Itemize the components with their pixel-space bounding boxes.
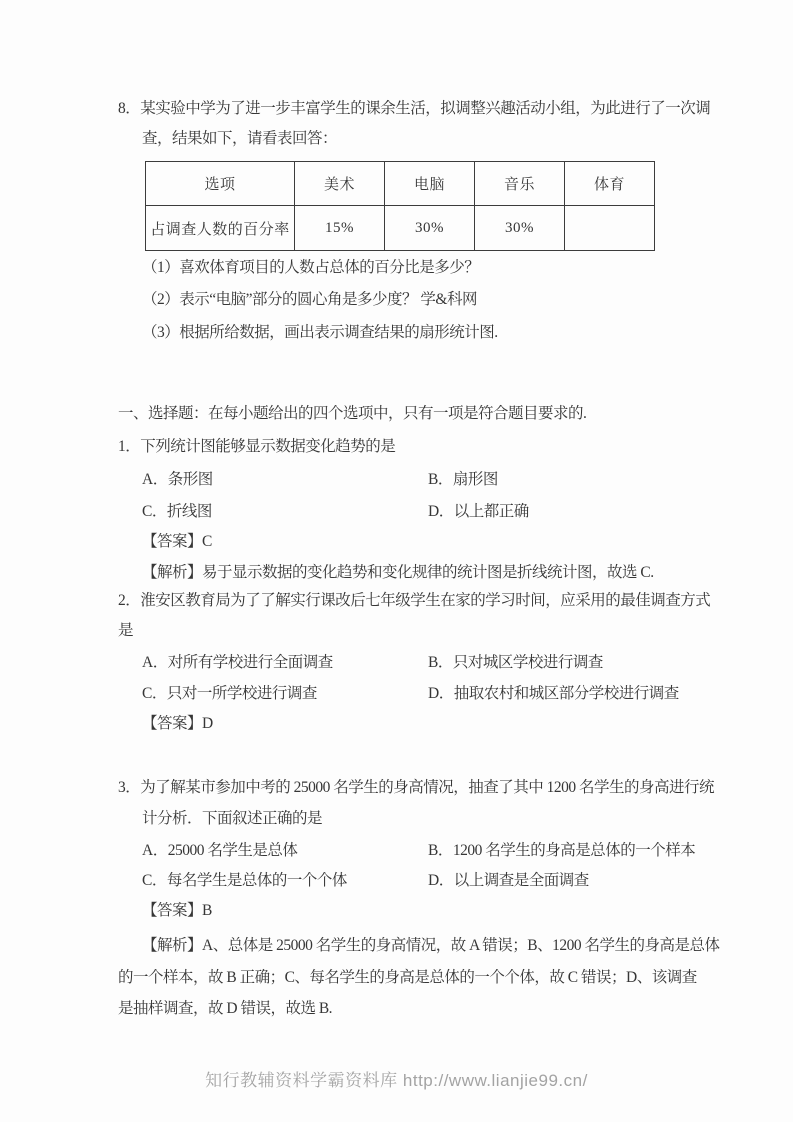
- table-value-art: 15%: [295, 206, 385, 251]
- question-1-option-b: B．扇形图: [428, 469, 498, 491]
- question-3-analysis-line-1: 【解析】A、总体是 25000 名学生的身高情况，故 A 错误；B、1200 名…: [142, 935, 720, 957]
- question-1-option-d: D．以上都正确: [428, 501, 529, 523]
- table-header-sports: 体育: [565, 162, 655, 206]
- survey-table: 选项 美术 电脑 音乐 体育 占调查人数的百分率 15% 30% 30%: [145, 161, 655, 251]
- question-2-option-d: D．抽取农村和城区部分学校进行调查: [428, 683, 679, 705]
- table-value-computer: 30%: [385, 206, 475, 251]
- table-header-row: 选项 美术 电脑 音乐 体育: [146, 162, 655, 206]
- table-value-sports-empty: [565, 206, 655, 251]
- footer-watermark: 知行教辅资料学霸资料库 http://www.lianjie99.cn/: [0, 1066, 793, 1091]
- question-2-stem-line-2: 是: [118, 620, 133, 642]
- table-value-row: 占调查人数的百分率 15% 30% 30%: [146, 206, 655, 251]
- question-3-analysis-line-2: 的一个样本，故 B 正确；C、每名学生的身高是总体的一个个体，故 C 错误；D、…: [118, 967, 697, 989]
- question-2-stem-line-1: 2．淮安区教育局为了了解实行课改后七年级学生在家的学习时间，应采用的最佳调查方式: [118, 590, 710, 612]
- question-8-stem-line-2: 查，结果如下，请看表回答：: [142, 128, 337, 150]
- table-value-music: 30%: [475, 206, 565, 251]
- table-header-computer: 电脑: [385, 162, 475, 206]
- question-8-sub-2: （2）表示“电脑”部分的圆心角是多少度？ 学&科网: [142, 289, 477, 311]
- question-8-sub-1: （1）喜欢体育项目的人数占总体的百分比是多少？: [142, 257, 479, 279]
- table-header-music: 音乐: [475, 162, 565, 206]
- question-3-option-c: C．每名学生是总体的一个个体: [142, 870, 347, 892]
- question-8-sub-3: （3）根据所给数据，画出表示调查结果的扇形统计图.: [142, 322, 498, 344]
- question-3-analysis-line-3: 是抽样调查，故 D 错误，故选 B.: [118, 998, 332, 1020]
- table-row-label: 占调查人数的百分率: [146, 206, 295, 251]
- question-3-option-d: D．以上调查是全面调查: [428, 870, 589, 892]
- question-1-analysis: 【解析】易于显示数据的变化趋势和变化规律的统计图是折线统计图，故选 C.: [142, 562, 654, 584]
- question-3-answer: 【答案】B: [142, 900, 212, 922]
- question-1-answer: 【答案】C: [142, 531, 212, 553]
- question-3-stem-line-2: 计分析．下面叙述正确的是: [142, 808, 322, 830]
- section-title: 一、选择题：在每小题给出的四个选项中，只有一项是符合题目要求的.: [118, 403, 586, 425]
- question-1-stem: 1．下列统计图能够显示数据变化趋势的是: [118, 436, 395, 458]
- question-2-option-b: B．只对城区学校进行调查: [428, 652, 603, 674]
- table-header-art: 美术: [295, 162, 385, 206]
- question-3-option-a: A．25000 名学生是总体: [142, 840, 297, 862]
- question-2-option-c: C．只对一所学校进行调查: [142, 683, 317, 705]
- question-2-answer: 【答案】D: [142, 713, 213, 735]
- question-3-stem-line-1: 3．为了解某市参加中考的 25000 名学生的身高情况，抽查了其中 1200 名…: [118, 777, 714, 799]
- table-header-option: 选项: [146, 162, 295, 206]
- question-3-option-b: B．1200 名学生的身高是总体的一个样本: [428, 840, 695, 862]
- question-2-option-a: A．对所有学校进行全面调查: [142, 652, 333, 674]
- question-1-option-a: A．条形图: [142, 469, 213, 491]
- document-page: 8．某实验中学为了进一步丰富学生的课余生活，拟调整兴趣活动小组，为此进行了一次调…: [0, 0, 793, 1122]
- question-1-option-c: C．折线图: [142, 501, 212, 523]
- question-8-stem-line-1: 8．某实验中学为了进一步丰富学生的课余生活，拟调整兴趣活动小组，为此进行了一次调: [118, 98, 710, 120]
